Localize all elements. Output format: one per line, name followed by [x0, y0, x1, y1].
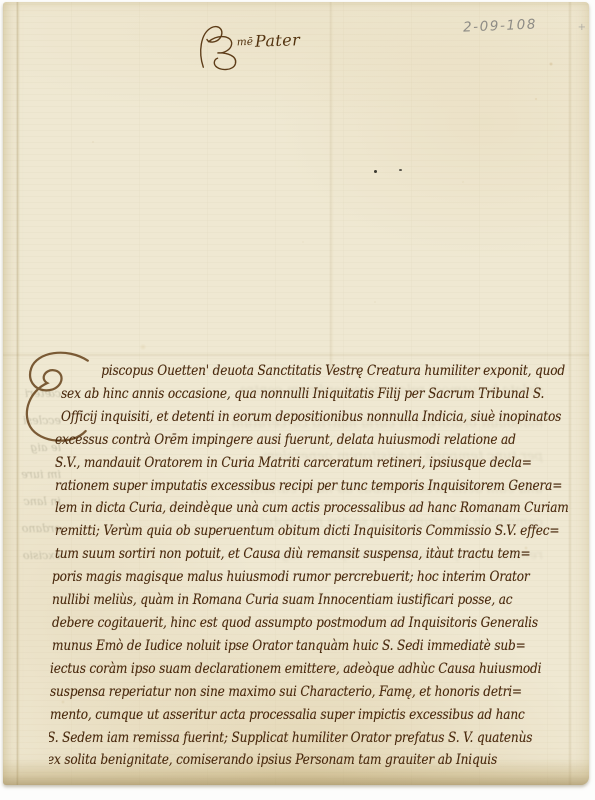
manuscript-line: S.V., mandauit Oratorem in Curia Matriti…: [55, 452, 537, 475]
salutation-superscript: mē: [237, 36, 254, 49]
salutation-word: Pater: [255, 30, 301, 51]
fold-crease-center: [329, 2, 334, 372]
manuscript-line: iectus coràm ipso suam declarationem emi…: [50, 658, 537, 681]
manuscript-line: tum suum sortiri non potuit, et Causa di…: [55, 543, 537, 566]
manuscript-line: lem in dicta Curia, deindèque unà cum ac…: [55, 497, 537, 520]
manuscript-line: piscopus Ouetten' deuota Sanctitatis Ves…: [49, 360, 537, 383]
archival-number-pencil: 2-09-108: [463, 16, 538, 35]
manuscript-line: rationem super imputatis excessibus reci…: [55, 475, 537, 498]
manuscript-line: S. Sedem iam remissa fuerint; Supplicat …: [49, 727, 537, 750]
ink-speck: [374, 170, 377, 173]
manuscript-line: remitti; Verùm quia ob superuentum obitu…: [55, 520, 537, 543]
manuscript-line: poris magis magisque malus huiusmodi rum…: [52, 566, 537, 589]
manuscript-line: Officij inquisiti, et detenti in eorum d…: [61, 406, 538, 429]
margin-mark: +: [578, 22, 585, 33]
manuscript-line: excessus contrà Orēm impingere ausi fuer…: [55, 429, 537, 452]
manuscript-scan: { "archive_number": "2-09-108", "corner_…: [0, 0, 595, 800]
manuscript-line: munus Emò de Iudice noluit ipse Orator t…: [52, 635, 537, 658]
letter-body: piscopus Ouetten' deuota Sanctitatis Ves…: [49, 360, 591, 778]
manuscript-line: debere cogitauerit, hinc est quod assump…: [52, 612, 537, 635]
manuscript-line: sex ab hinc annis occasione, qua nonnull…: [61, 383, 538, 406]
ink-speck: [399, 169, 402, 171]
manuscript-line: mento, cumque ut asseritur acta processa…: [50, 704, 537, 727]
calligraphic-initial-b: [194, 22, 242, 76]
manuscript-line: suspensa reperiatur non sine maximo sui …: [50, 681, 537, 704]
manuscript-line: ex solita benignitate, comiserando ipsiu…: [49, 749, 537, 772]
manuscript-page: 2-09-108 + mē Pater cæteri ecclesi le ai…: [3, 2, 589, 785]
manuscript-line: nullibi meliùs, quàm in Romana Curia sua…: [52, 589, 537, 612]
salutation: mē Pater: [194, 20, 301, 76]
